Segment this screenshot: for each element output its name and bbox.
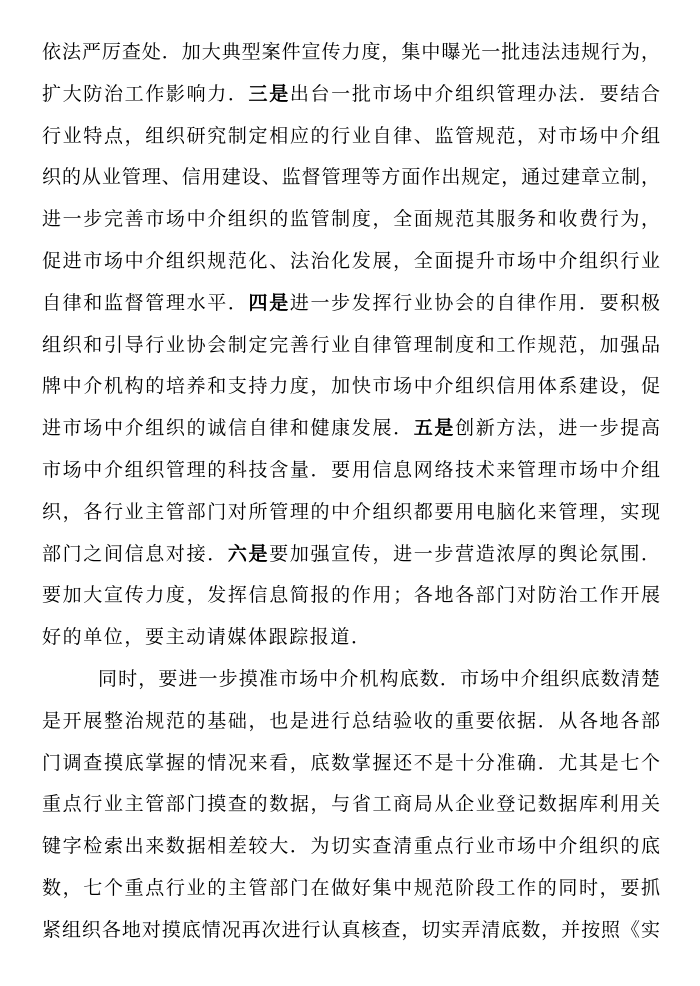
text-line: 重点行业主管部门摸查的数据，与省工商局从企业登记数据库利用关 bbox=[42, 784, 660, 826]
text-line: 门调查摸底掌握的情况来看，底数掌握还不是十分准确．尤其是七个 bbox=[42, 743, 660, 785]
text-segment: 织，各行业主管部门对所管理的中介组织都要用电脑化来管理，实现 bbox=[42, 502, 660, 523]
text-line: 依法严厉查处．加大典型案件宣传力度，集中曝光一批违法违规行为， bbox=[42, 32, 660, 74]
text-line: 促进市场中介组织规范化、法治化发展，全面提升市场中介组织行业 bbox=[42, 241, 660, 283]
text-segment: 牌中介机构的培养和支持力度，加快市场中介组织信用体系建设，促 bbox=[42, 376, 660, 397]
text-segment: 要加大宣传力度，发挥信息简报的作用；各地各部门对防治工作开展 bbox=[42, 585, 660, 606]
text-line: 织，各行业主管部门对所管理的中介组织都要用电脑化来管理，实现 bbox=[42, 492, 660, 534]
text-line: 织的从业管理、信用建设、监督管理等方面作出规定，通过建章立制， bbox=[42, 157, 660, 199]
document-page: 依法严厉查处．加大典型案件宣传力度，集中曝光一批违法违规行为，扩大防治工作影响力… bbox=[0, 0, 700, 986]
text-line: 自律和监督管理水平．四是进一步发挥行业协会的自律作用．要积极 bbox=[42, 283, 660, 325]
text-line: 行业特点，组织研究制定相应的行业自律、监管规范，对市场中介组 bbox=[42, 116, 660, 158]
text-line: 市场中介组织管理的科技含量．要用信息网络技术来管理市场中介组 bbox=[42, 450, 660, 492]
text-segment: 自律和监督管理水平． bbox=[42, 293, 249, 314]
text-line: 是开展整治规范的基础，也是进行总结验收的重要依据．从各地各部 bbox=[42, 701, 660, 743]
text-segment: 是开展整治规范的基础，也是进行总结验收的重要依据．从各地各部 bbox=[42, 711, 660, 732]
text-line: 部门之间信息对接．六是要加强宣传，进一步营造浓厚的舆论氛围． bbox=[42, 534, 660, 576]
bold-ordinal-marker: 三是 bbox=[249, 84, 290, 105]
text-line: 进市场中介组织的诚信自律和健康发展．五是创新方法，进一步提高 bbox=[42, 408, 660, 450]
text-segment: 促进市场中介组织规范化、法治化发展，全面提升市场中介组织行业 bbox=[42, 251, 660, 272]
text-line: 键字检索出来数据相差较大．为切实查清重点行业市场中介组织的底 bbox=[42, 826, 660, 868]
text-segment: 门调查摸底掌握的情况来看，底数掌握还不是十分准确．尤其是七个 bbox=[42, 753, 660, 774]
text-line: 牌中介机构的培养和支持力度，加快市场中介组织信用体系建设，促 bbox=[42, 366, 660, 408]
text-segment: 织的从业管理、信用建设、监督管理等方面作出规定，通过建章立制， bbox=[42, 167, 660, 188]
text-segment: 部门之间信息对接． bbox=[42, 544, 228, 565]
text-segment: 进一步发挥行业协会的自律作用．要积极 bbox=[290, 293, 660, 314]
text-line: 数，七个重点行业的主管部门在做好集中规范阶段工作的同时，要抓 bbox=[42, 868, 660, 910]
text-segment: 同时，要进一步摸准市场中介机构底数．市场中介组织底数清楚 bbox=[98, 669, 660, 690]
text-segment: 市场中介组织管理的科技含量．要用信息网络技术来管理市场中介组 bbox=[42, 460, 660, 481]
text-segment: 紧组织各地对摸底情况再次进行认真核查，切实弄清底数，并按照《实 bbox=[42, 920, 660, 941]
text-line: 进一步完善市场中介组织的监管制度，全面规范其服务和收费行为， bbox=[42, 199, 660, 241]
text-line: 扩大防治工作影响力．三是出台一批市场中介组织管理办法．要结合 bbox=[42, 74, 660, 116]
text-line: 组织和引导行业协会制定完善行业自律管理制度和工作规范，加强品 bbox=[42, 325, 660, 367]
text-segment: 组织和引导行业协会制定完善行业自律管理制度和工作规范，加强品 bbox=[42, 335, 660, 356]
text-segment: 扩大防治工作影响力． bbox=[42, 84, 249, 105]
document-body: 依法严厉查处．加大典型案件宣传力度，集中曝光一批违法违规行为，扩大防治工作影响力… bbox=[42, 32, 660, 952]
text-segment: 行业特点，组织研究制定相应的行业自律、监管规范，对市场中介组 bbox=[42, 126, 660, 147]
text-segment: 出台一批市场中介组织管理办法．要结合 bbox=[290, 84, 660, 105]
text-segment: 创新方法，进一步提高 bbox=[455, 418, 660, 439]
text-segment: 要加强宣传，进一步营造浓厚的舆论氛围． bbox=[269, 544, 660, 565]
text-line: 要加大宣传力度，发挥信息简报的作用；各地各部门对防治工作开展 bbox=[42, 575, 660, 617]
text-segment: 依法严厉查处．加大典型案件宣传力度，集中曝光一批违法违规行为， bbox=[42, 42, 660, 63]
text-segment: 进一步完善市场中介组织的监管制度，全面规范其服务和收费行为， bbox=[42, 209, 660, 230]
text-segment: 进市场中介组织的诚信自律和健康发展． bbox=[42, 418, 414, 439]
bold-ordinal-marker: 五是 bbox=[414, 418, 455, 439]
text-segment: 好的单位，要主动请媒体跟踪报道． bbox=[42, 627, 372, 648]
text-line: 同时，要进一步摸准市场中介机构底数．市场中介组织底数清楚 bbox=[42, 659, 660, 701]
text-segment: 键字检索出来数据相差较大．为切实查清重点行业市场中介组织的底 bbox=[42, 836, 660, 857]
bold-ordinal-marker: 六是 bbox=[228, 544, 269, 565]
text-line: 好的单位，要主动请媒体跟踪报道． bbox=[42, 617, 660, 659]
bold-ordinal-marker: 四是 bbox=[249, 293, 290, 314]
text-segment: 数，七个重点行业的主管部门在做好集中规范阶段工作的同时，要抓 bbox=[42, 878, 660, 899]
text-segment: 重点行业主管部门摸查的数据，与省工商局从企业登记数据库利用关 bbox=[42, 794, 660, 815]
text-line: 紧组织各地对摸底情况再次进行认真核查，切实弄清底数，并按照《实 bbox=[42, 910, 660, 952]
